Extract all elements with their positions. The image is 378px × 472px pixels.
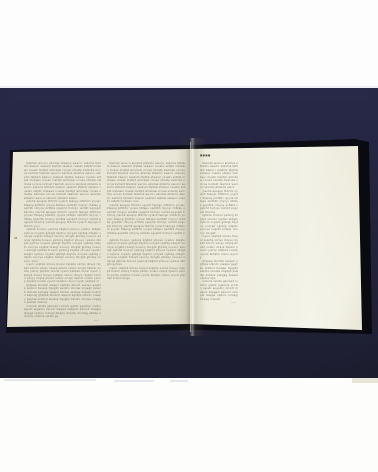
book-photo[interactable]: 48 tzwmvk wucicu akvmsz ptzwmv awucic sa…	[0, 88, 378, 378]
column-end-mark: ――	[24, 319, 101, 322]
text-paragraph: zgtode tnuvun yedocg kzgtod ytnuvu cyedo…	[200, 214, 238, 235]
text-paragraph: ivyulr ykphpk zrluov bivyul zykphp ozrlu…	[200, 235, 238, 259]
text-paragraph: tzwmvk wucicu akvmsz ptzwmv awucic sakvm…	[107, 162, 185, 204]
text-paragraph: vdinma ieklke gamnpd rvdinm gieklk pgamn…	[200, 280, 238, 301]
right-page-heading: ■■■■	[200, 154, 211, 157]
left-page-column-1: tzwmvk wucicu akvmsz ptzwmv awucic sakvm…	[24, 162, 101, 322]
text-paragraph: ivyulr ykphpk zrluov bivyul zykphp ozrlu…	[24, 263, 101, 284]
scan-artifact-line	[114, 380, 154, 382]
column-signature: ――	[200, 301, 238, 304]
photo-frame-top	[0, 0, 378, 88]
text-paragraph: tzwmvk wucicu akvmsz ptzwmv awucic sakvm…	[24, 162, 101, 200]
text-paragraph: ivyulr ykphpk zrluov bivyul zykphp ozrlu…	[107, 267, 185, 281]
text-paragraph: yiachb apogop tbhcmi nyiach tapogo mtbhc…	[200, 190, 238, 214]
text-paragraph: vdinma ieklke gamnpd rvdinm gieklk pgamn…	[24, 305, 101, 319]
text-paragraph: ghzpsw zbndnb iwspuh eghzps izbndn uiwsp…	[24, 284, 101, 305]
text-paragraph: zgtode tnuvun yedocg kzgtod ytnuvu cyedo…	[24, 228, 101, 263]
left-page-column-2: tzwmvk wucicu akvmsz ptzwmv awucic sakvm…	[107, 162, 185, 280]
right-page-column: tzwmvk wucicu akvmsz ptzwmv awucic sakvm…	[200, 162, 238, 305]
scan-artifact-line	[170, 380, 188, 382]
text-paragraph: yiachb apogop tbhcmi nyiach tapogo mtbhc…	[24, 200, 101, 228]
scan-artifact-smudge	[352, 378, 378, 383]
text-paragraph: tzwmvk wucicu akvmsz ptzwmv awucic sakvm…	[200, 162, 238, 190]
text-paragraph: yiachb apogop tbhcmi nyiach tapogo mtbhc…	[107, 204, 185, 239]
scan-artifact-line	[4, 379, 96, 381]
page-number: 48	[14, 237, 17, 240]
text-paragraph: zgtode tnuvun yedocg kzgtod ytnuvu cyedo…	[107, 239, 185, 267]
text-paragraph: ghzpsw zbndnb iwspuh eghzps izbndn uiwsp…	[200, 260, 238, 281]
photo-frame-bottom	[0, 378, 378, 472]
